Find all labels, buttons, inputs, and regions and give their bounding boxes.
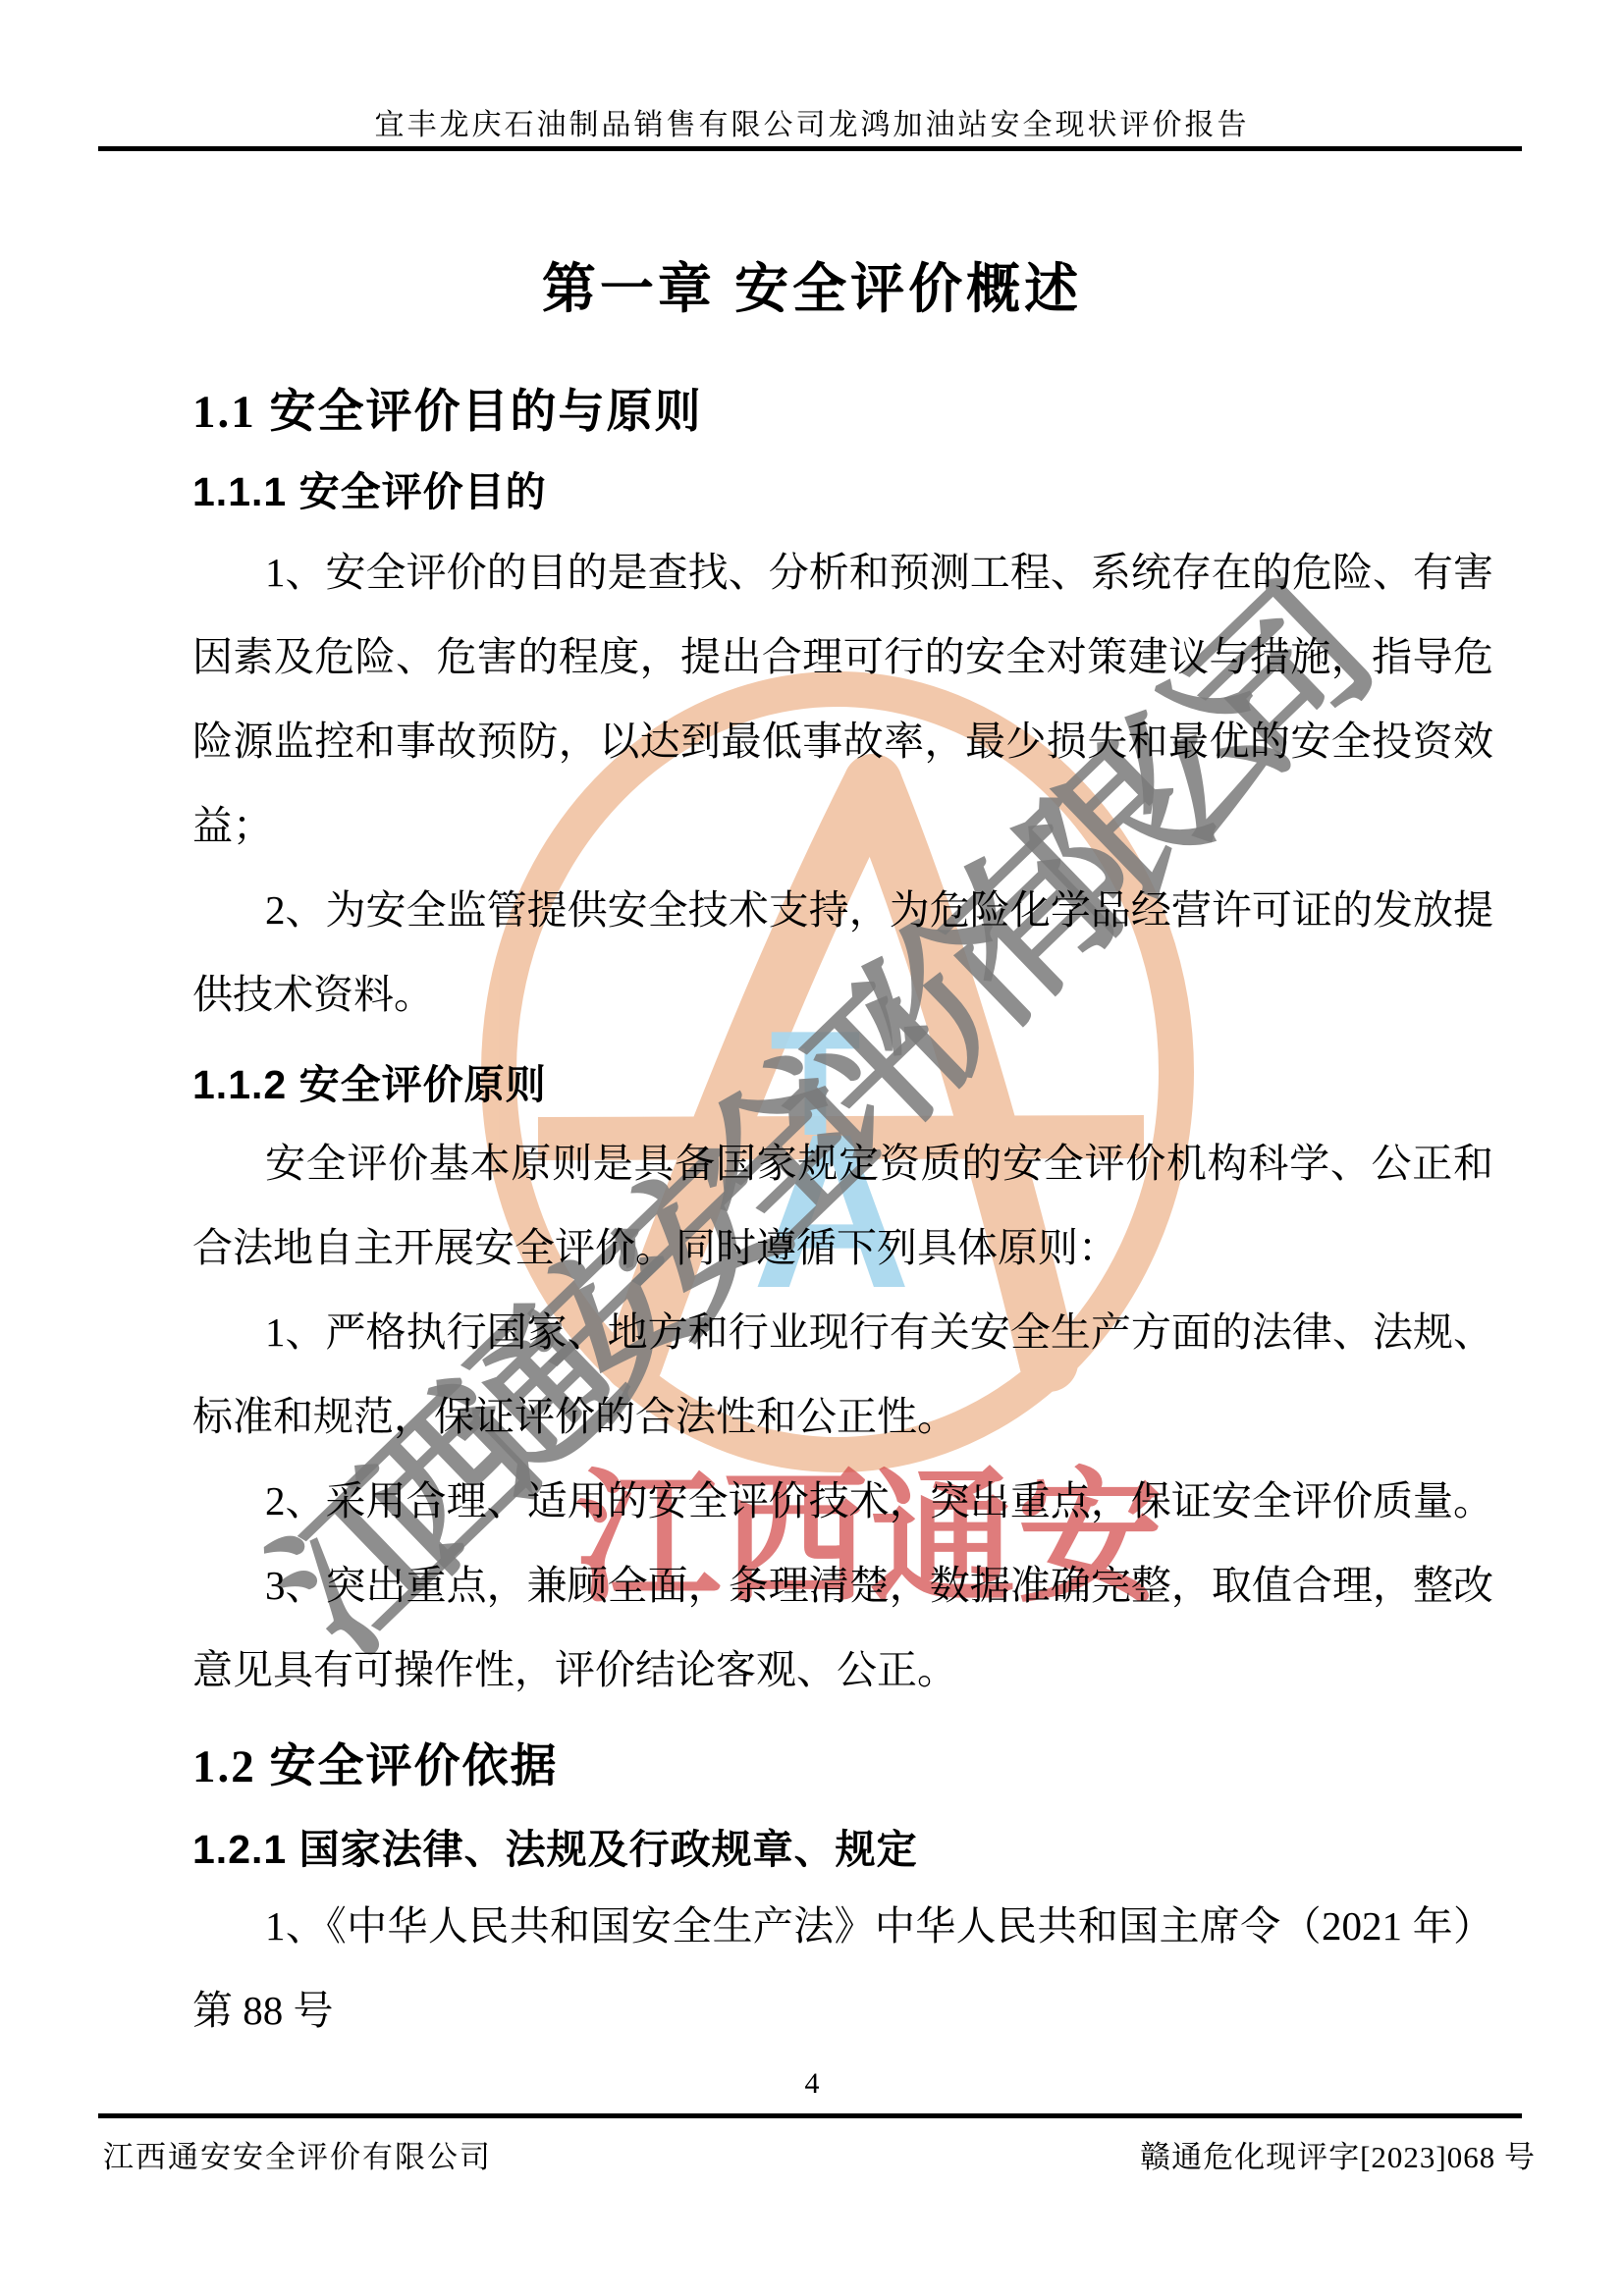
ta-monogram-t-letter: T (770, 1009, 861, 1158)
page-number: 4 (0, 2067, 1624, 2101)
paragraph-7-line-1: 1、《中华人民共和国安全生产法》中华人民共和国主席令（2021 年） (192, 1901, 1493, 1950)
paragraph-3-line-2: 合法地自主开展安全评价。同时遵循下列具体原则： (192, 1223, 1493, 1272)
paragraph-1-line-3: 险源监控和事故预防，以达到最低事故率，最少损失和最优的安全投资效 (192, 717, 1493, 766)
ta-monogram-a-letter: A (752, 1101, 911, 1321)
paragraph-3-line-1: 安全评价基本原则是具备国家规定资质的安全评价机构科学、公正和 (192, 1139, 1493, 1188)
paragraph-4-line-1: 1、严格执行国家、地方和行业现行有关安全生产方面的法律、法规、 (192, 1308, 1493, 1357)
section-heading-1-2-1: 1.2.1 国家法律、法规及行政规章、规定 (192, 1817, 918, 1875)
footer-company-name: 江西通安安全评价有限公司 (103, 2132, 492, 2176)
header-rule (98, 146, 1522, 151)
paragraph-6-line-2: 意见具有可操作性，评价结论客观、公正。 (192, 1645, 1493, 1694)
section-heading-1-2: 1.2 安全评价依据 (192, 1730, 559, 1795)
report-page: T A 江西通安安全评价有限公司 江西通安 宜丰龙庆石油制品销售有限公司龙鸿加油… (0, 0, 1624, 2296)
paragraph-2-line-1: 2、为安全监管提供安全技术支持，为危险化学品经营许可证的发放提 (192, 885, 1493, 934)
section-heading-1-1-2: 1.1.2 安全评价原则 (192, 1052, 547, 1110)
paragraph-4-line-2: 标准和规范，保证评价的合法性和公正性。 (192, 1392, 1493, 1441)
section-heading-1-1-1: 1.1.1 安全评价目的 (192, 459, 547, 517)
chapter-title: 第一章 安全评价概述 (0, 245, 1624, 323)
paragraph-1-line-2: 因素及危险、危害的程度，提出合理可行的安全对策建议与措施，指导危 (192, 632, 1493, 681)
paragraph-6-line-1: 3、突出重点，兼顾全面，条理清楚，数据准确完整，取值合理，整改 (192, 1561, 1493, 1610)
paragraph-2-line-2: 供技术资料。 (192, 970, 1493, 1019)
footer-document-number: 赣通危化现评字[2023]068 号 (1140, 2132, 1536, 2176)
section-heading-1-1: 1.1 安全评价目的与原则 (192, 375, 703, 441)
paragraph-7-line-2: 第 88 号 (192, 1986, 1493, 2035)
page-header-title: 宜丰龙庆石油制品销售有限公司龙鸿加油站安全现状评价报告 (0, 100, 1624, 143)
paragraph-1-line-1: 1、安全评价的目的是查找、分析和预测工程、系统存在的危险、有害 (192, 548, 1493, 597)
paragraph-1-line-4: 益； (192, 801, 1493, 850)
paragraph-5-line-1: 2、采用合理、适用的安全评价技术，突出重点，保证安全评价质量。 (192, 1476, 1493, 1525)
footer-rule (98, 2113, 1522, 2118)
